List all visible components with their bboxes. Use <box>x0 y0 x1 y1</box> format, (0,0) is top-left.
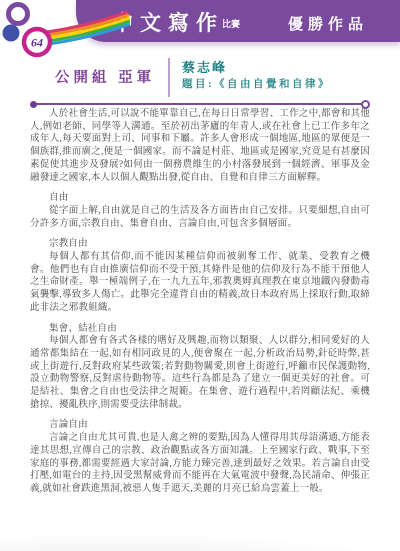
section-paragraph: 每個人都有其信仰,而不能因某種信仰而被剝奪工作、就業、受教育之機會。他們也有自由… <box>30 251 370 315</box>
logo-disc-icon <box>3 25 20 42</box>
logo-ring-top-icon <box>9 5 28 24</box>
rainbow-logo-icon: 64 <box>0 0 130 60</box>
section-paragraph: 言論之自由尤其可貴,也是人禽之辨的要點,因為人懂得用其母語溝通,方能表達其思想,… <box>30 432 370 496</box>
section-heading: 言論自由 <box>30 419 370 432</box>
page-title-sub: 比賽 <box>222 20 231 30</box>
section-freedom: 自由 從字面上解,自由就是自己的生活及各方面皆由自己安排。只要細想,自由可分許多… <box>30 192 370 230</box>
section-religious-freedom: 宗教自由 每個人都有其信仰,而不能因某種信仰而被剝奪工作、就業、受教育之機會。他… <box>30 238 370 314</box>
section-heading: 宗教自由 <box>30 238 370 251</box>
winners-label: 優勝作品 <box>288 13 368 34</box>
page-number: 64 <box>31 36 43 50</box>
byline: 公開組 亞軍 蔡志峰 題目:《自由自覺和自律》 <box>0 57 400 97</box>
author-name: 蔡志峰 <box>182 57 227 76</box>
group-rank-label: 公開組 亞軍 <box>55 66 155 87</box>
essay-topic: 題目:《自由自覺和自律》 <box>182 76 331 91</box>
intro-paragraph: 人於社會生活,可以說不能單靠自己,在每日日常學習、工作之中,都會和其他人,例如老… <box>30 108 370 184</box>
section-paragraph: 從字面上解,自由就是自己的生活及各方面皆由自己安排。只要細想,自由可分許多方面,… <box>30 205 370 230</box>
section-assembly-freedom: 集會、結社自由 每個人都會有各式各樣的嗜好及興趣,而物以類聚、人以群分,相同愛好… <box>30 323 370 412</box>
section-heading: 自由 <box>30 192 370 205</box>
essay-article: 人於社會生活,可以說不能單靠自己,在每日日常學習、工作之中,都會和其他人,例如老… <box>30 108 370 496</box>
section-paragraph: 每個人都會有各式各樣的嗜好及興趣,而物以類聚、人以群分,相同愛好的人通常都集結在… <box>30 335 370 411</box>
section-heading: 集會、結社自由 <box>30 323 370 336</box>
rule-dot-left-icon <box>30 101 37 108</box>
byline-divider <box>168 58 170 97</box>
rule-line <box>33 103 365 105</box>
section-speech-freedom: 言論自由 言論之自由尤其可貴,也是人禽之辨的要點,因為人懂得用其母語溝通,方能表… <box>30 419 370 495</box>
